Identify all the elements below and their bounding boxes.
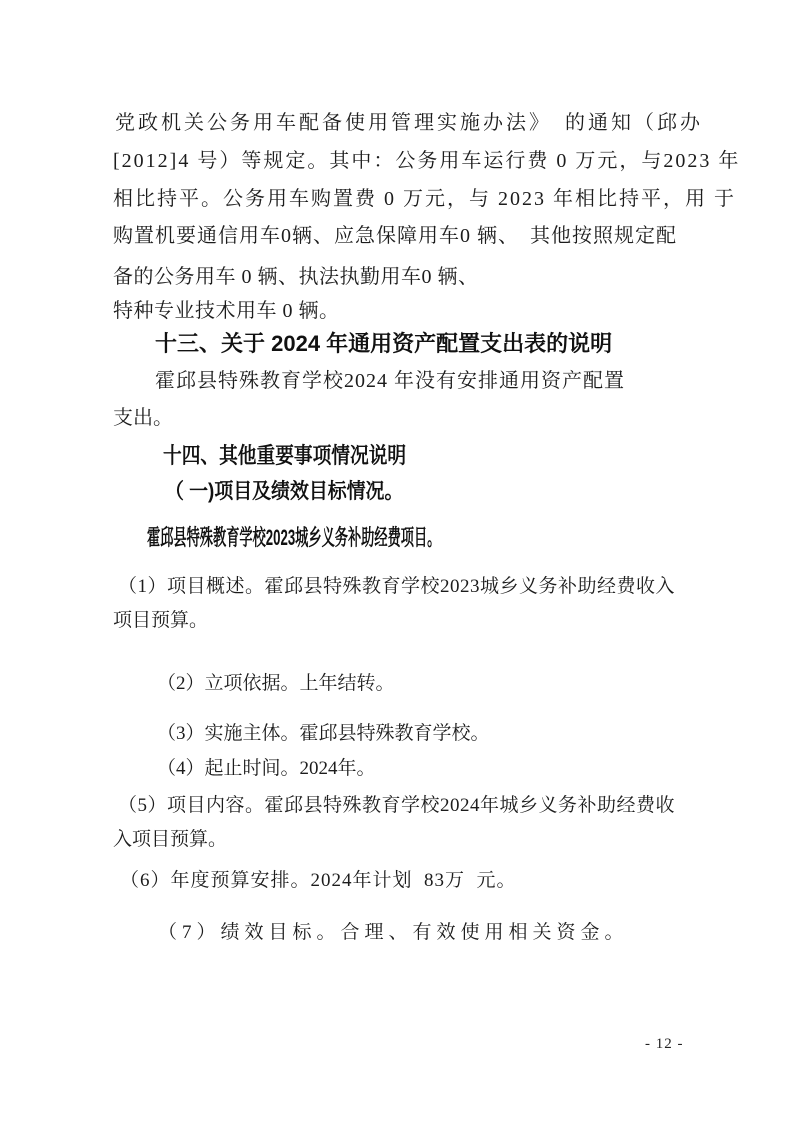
section-13-body-line-2: 支出。	[113, 407, 173, 430]
page-number: - 12 -	[645, 1036, 684, 1053]
item-4-line: （4）起止时间。2024年。	[157, 758, 376, 780]
item-5-line-1: （5）项目内容。霍邱县特殊教育学校2024年城乡义务补助经费收	[118, 795, 675, 817]
vehicle-para-line-2: [2012]4 号）等规定。其中：公务用车运行费 0 万元，与2023 年	[113, 150, 740, 173]
item-7-line: （7）绩效目标。合理、有效使用相关资金。	[158, 922, 629, 944]
section-14-subheading: （ 一)项目及绩效目标情况。	[165, 480, 403, 504]
item-3-line: （3）实施主体。霍邱县特殊教育学校。	[157, 723, 490, 745]
item-6-line: （6）年度预算安排。2024年计划 83万 元。	[120, 870, 517, 892]
vehicle-para-line-5: 备的公务用车 0 辆、执法执勤用车0 辆、	[113, 266, 479, 289]
vehicle-para-line-1: 党政机关公务用车配备使用管理实施办法》 的通知（邱办	[115, 112, 703, 135]
document-page: 党政机关公务用车配备使用管理实施办法》 的通知（邱办 [2012]4 号）等规定…	[0, 0, 793, 1122]
item-2-line: （2）立项依据。上年结转。	[157, 673, 395, 695]
item-1-line-2: 项目预算。	[113, 610, 208, 632]
item-1-line-1: （1）项目概述。霍邱县特殊教育学校2023城乡义务补助经费收入	[118, 576, 675, 598]
vehicle-para-line-6: 特种专业技术用车 0 辆。	[113, 300, 340, 323]
vehicle-para-line-3: 相比持平。公务用车购置费 0 万元，与 2023 年相比持平，用 于	[113, 188, 736, 211]
section-14-heading: 十四、其他重要事项情况说明	[163, 443, 406, 468]
item-5-line-2: 入项目预算。	[113, 829, 227, 851]
vehicle-para-line-4: 购置机要通信用车0辆、应急保障用车0 辆、 其他按照规定配	[113, 225, 677, 248]
section-13-body-line-1: 霍邱县特殊教育学校2024 年没有安排通用资产配置	[155, 370, 625, 393]
section-13-heading: 十三、关于 2024 年通用资产配置支出表的说明	[155, 331, 612, 356]
project-title: 霍邱县特殊教育学校2023城乡义务补助经费项目。	[147, 525, 440, 550]
